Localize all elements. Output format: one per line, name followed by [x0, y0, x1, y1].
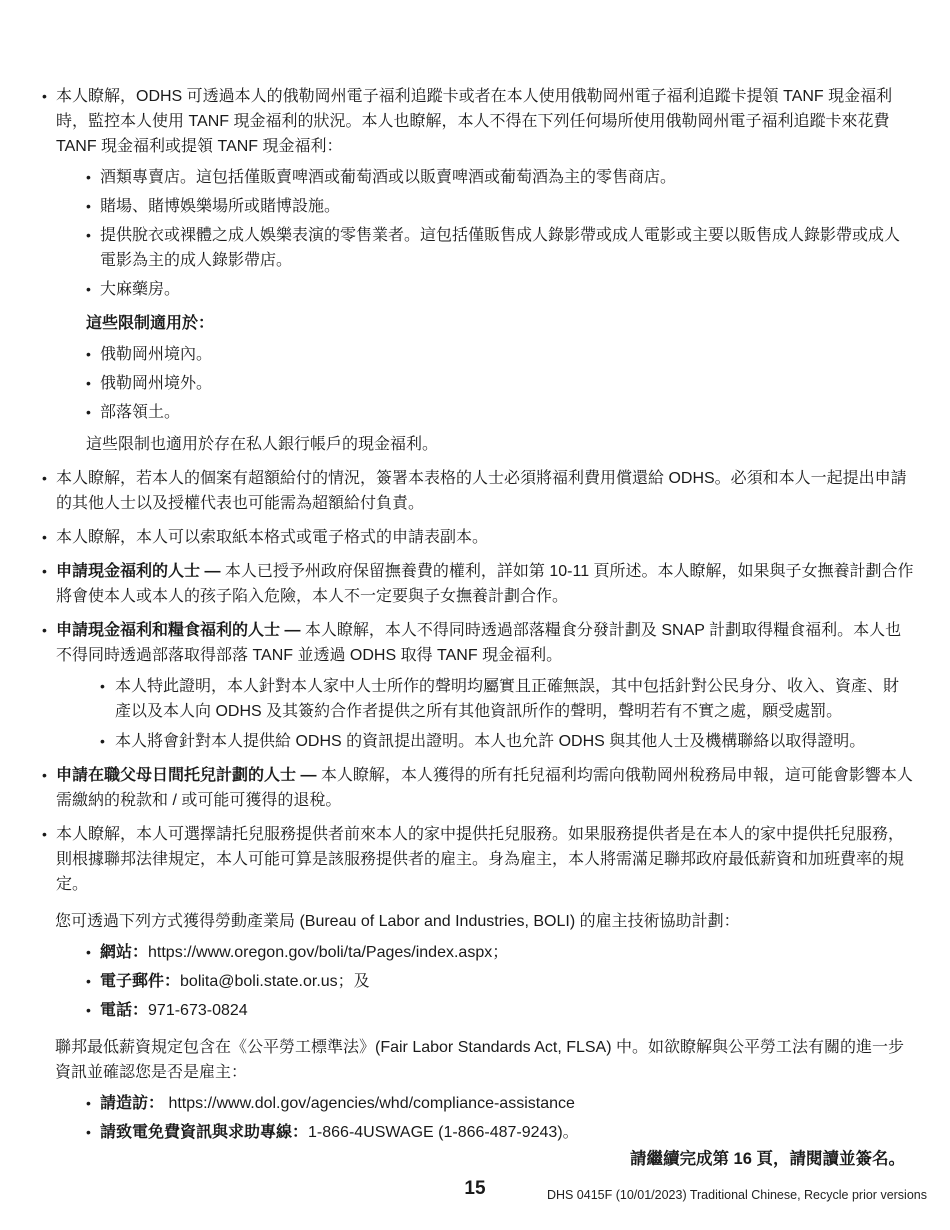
certification-item: • 本人將會針對本人提供給 ODHS 的資訊提出證明。本人也允許 ODHS 與其… [100, 729, 914, 754]
certification-text: 本人特此證明，本人針對本人家中人士所作的聲明均屬實且正確無誤，其中包括針對公民身… [115, 674, 914, 724]
copy-request-text: 本人瞭解，本人可以索取紙本格式或電子格式的申請表副本。 [56, 525, 914, 550]
restriction-scope-text: 俄勒岡州境內。 [100, 342, 914, 367]
flsa-intro-paragraph: 聯邦最低薪資規定包含在《公平勞工標準法》(Fair Labor Standard… [55, 1035, 914, 1085]
boli-email-label: 電子郵件： [100, 973, 180, 990]
childcare-program-lead: 申請在職父母日間托兒計劃的人士 — [56, 767, 321, 784]
flsa-website-link[interactable]: https://www.dol.gov/agencies/whd/complia… [168, 1095, 574, 1112]
ebt-location-text: 酒類專賣店。這包括僅販賣啤酒或葡萄酒或以販賣啤酒或葡萄酒為主的零售商店。 [100, 165, 914, 190]
bullet-icon: • [86, 969, 100, 994]
bullet-icon: • [86, 998, 100, 1023]
cash-food-benefits-item: • 申請現金福利和糧食福利的人士 — 本人瞭解，本人不得同時透過部落糧食分發計劃… [42, 618, 914, 668]
bullet-icon: • [86, 342, 100, 367]
boli-phone-label: 電話： [100, 1002, 148, 1019]
ebt-location-item: • 大麻藥房。 [86, 277, 914, 302]
restriction-scope-text: 部落領土。 [100, 400, 914, 425]
boli-contact-item: • 電子郵件：bolita@boli.state.or.us；及 [86, 969, 914, 994]
bullet-icon: • [100, 729, 115, 754]
ebt-location-item: • 酒類專賣店。這包括僅販賣啤酒或葡萄酒或以販賣啤酒或葡萄酒為主的零售商店。 [86, 165, 914, 190]
bullet-icon: • [42, 618, 56, 643]
bullet-icon: • [86, 371, 100, 396]
boli-website-link[interactable]: https://www.oregon.gov/boli/ta/Pages/ind… [148, 944, 508, 961]
flsa-contact-item: • 請致電免費資訊與求助專線：1-866-4USWAGE (1-866-487-… [86, 1120, 914, 1145]
bullet-icon: • [42, 822, 56, 847]
restrictions-heading: 這些限制適用於： [86, 311, 914, 336]
cash-benefits-lead: 申請現金福利的人士 — [56, 563, 225, 580]
restriction-scope-item: • 俄勒岡州境外。 [86, 371, 914, 396]
cash-benefits-item: • 申請現金福利的人士 — 本人已授予州政府保留撫養費的權利，詳如第 10-11… [42, 559, 914, 609]
boli-phone-number: 971-673-0824 [148, 1002, 248, 1019]
bullet-icon: • [86, 400, 100, 425]
cash-food-benefits-text: 申請現金福利和糧食福利的人士 — 本人瞭解，本人不得同時透過部落糧食分發計劃及 … [56, 618, 914, 668]
certification-item: • 本人特此證明，本人針對本人家中人士所作的聲明均屬實且正確無誤，其中包括針對公… [100, 674, 914, 724]
flsa-visit-label: 請造訪： [100, 1095, 168, 1112]
bullet-icon: • [42, 466, 56, 491]
childcare-provider-item: • 本人瞭解，本人可選擇請托兒服務提供者前來本人的家中提供托兒服務。如果服務提供… [42, 822, 914, 897]
bullet-icon: • [86, 277, 100, 302]
restriction-scope-item: • 部落領土。 [86, 400, 914, 425]
bullet-icon: • [86, 1120, 100, 1145]
childcare-program-item: • 申請在職父母日間托兒計劃的人士 — 本人瞭解，本人獲得的所有托兒福利均需向俄… [42, 763, 914, 813]
boli-website-label: 網站： [100, 944, 148, 961]
ebt-location-text: 提供脫衣或裸體之成人娛樂表演的零售業者。這包括僅販售成人錄影帶或成人電影或主要以… [100, 223, 914, 273]
copy-request-item: • 本人瞭解，本人可以索取紙本格式或電子格式的申請表副本。 [42, 525, 914, 550]
bullet-icon: • [86, 165, 100, 190]
ebt-location-item: • 賭場、賭博娛樂場所或賭博設施。 [86, 194, 914, 219]
childcare-program-text: 申請在職父母日間托兒計劃的人士 — 本人瞭解，本人獲得的所有托兒福利均需向俄勒岡… [56, 763, 914, 813]
boli-contact-item: • 電話：971-673-0824 [86, 998, 914, 1023]
boli-contact-item: • 網站：https://www.oregon.gov/boli/ta/Page… [86, 940, 914, 965]
bullet-icon: • [100, 674, 115, 699]
bullet-icon: • [42, 763, 56, 788]
flsa-contact-item: • 請造訪： https://www.dol.gov/agencies/whd/… [86, 1091, 914, 1116]
form-id: DHS 0415F (10/01/2023) Traditional Chine… [547, 1188, 927, 1202]
bullet-icon: • [42, 559, 56, 584]
cash-benefits-text: 申請現金福利的人士 — 本人已授予州政府保留撫養費的權利，詳如第 10-11 頁… [56, 559, 914, 609]
cash-food-benefits-lead: 申請現金福利和糧食福利的人士 — [56, 622, 305, 639]
ebt-monitoring-item: • 本人瞭解，ODHS 可透過本人的俄勒岡州電子福利追蹤卡或者在本人使用俄勒岡州… [42, 84, 914, 159]
certification-text: 本人將會針對本人提供給 ODHS 的資訊提出證明。本人也允許 ODHS 與其他人… [115, 729, 914, 754]
bullet-icon: • [42, 525, 56, 550]
bullet-icon: • [86, 223, 100, 248]
ebt-location-text: 大麻藥房。 [100, 277, 914, 302]
restrictions-note: 這些限制也適用於存在私人銀行帳戶的現金福利。 [86, 432, 914, 457]
flsa-hotline-number: 1-866-4USWAGE (1-866-487-9243)。 [308, 1124, 579, 1141]
bullet-icon: • [86, 940, 100, 965]
ebt-location-text: 賭場、賭博娛樂場所或賭博設施。 [100, 194, 914, 219]
restriction-scope-text: 俄勒岡州境外。 [100, 371, 914, 396]
restriction-scope-item: • 俄勒岡州境內。 [86, 342, 914, 367]
bullet-icon: • [42, 84, 56, 109]
ebt-location-item: • 提供脫衣或裸體之成人娛樂表演的零售業者。這包括僅販售成人錄影帶或成人電影或主… [86, 223, 914, 273]
document-page: • 本人瞭解，ODHS 可透過本人的俄勒岡州電子福利追蹤卡或者在本人使用俄勒岡州… [0, 0, 950, 1230]
overpayment-text: 本人瞭解，若本人的個案有超額給付的情況，簽署本表格的人士必須將福利費用償還給 O… [56, 466, 914, 516]
boli-email-link[interactable]: bolita@boli.state.or.us；及 [180, 973, 370, 990]
overpayment-item: • 本人瞭解，若本人的個案有超額給付的情況，簽署本表格的人士必須將福利費用償還給… [42, 466, 914, 516]
document-body: • 本人瞭解，ODHS 可透過本人的俄勒岡州電子福利追蹤卡或者在本人使用俄勒岡州… [42, 84, 914, 1145]
bullet-icon: • [86, 194, 100, 219]
boli-intro-paragraph: 您可透過下列方式獲得勞動產業局 (Bureau of Labor and Ind… [55, 909, 914, 934]
bullet-icon: • [86, 1091, 100, 1116]
flsa-hotline-label: 請致電免費資訊與求助專線： [100, 1124, 308, 1141]
ebt-monitoring-text: 本人瞭解，ODHS 可透過本人的俄勒岡州電子福利追蹤卡或者在本人使用俄勒岡州電子… [56, 84, 914, 159]
continue-instruction: 請繼續完成第 16 頁，請閱讀並簽名。 [630, 1148, 905, 1170]
childcare-provider-text: 本人瞭解，本人可選擇請托兒服務提供者前來本人的家中提供托兒服務。如果服務提供者是… [56, 822, 914, 897]
